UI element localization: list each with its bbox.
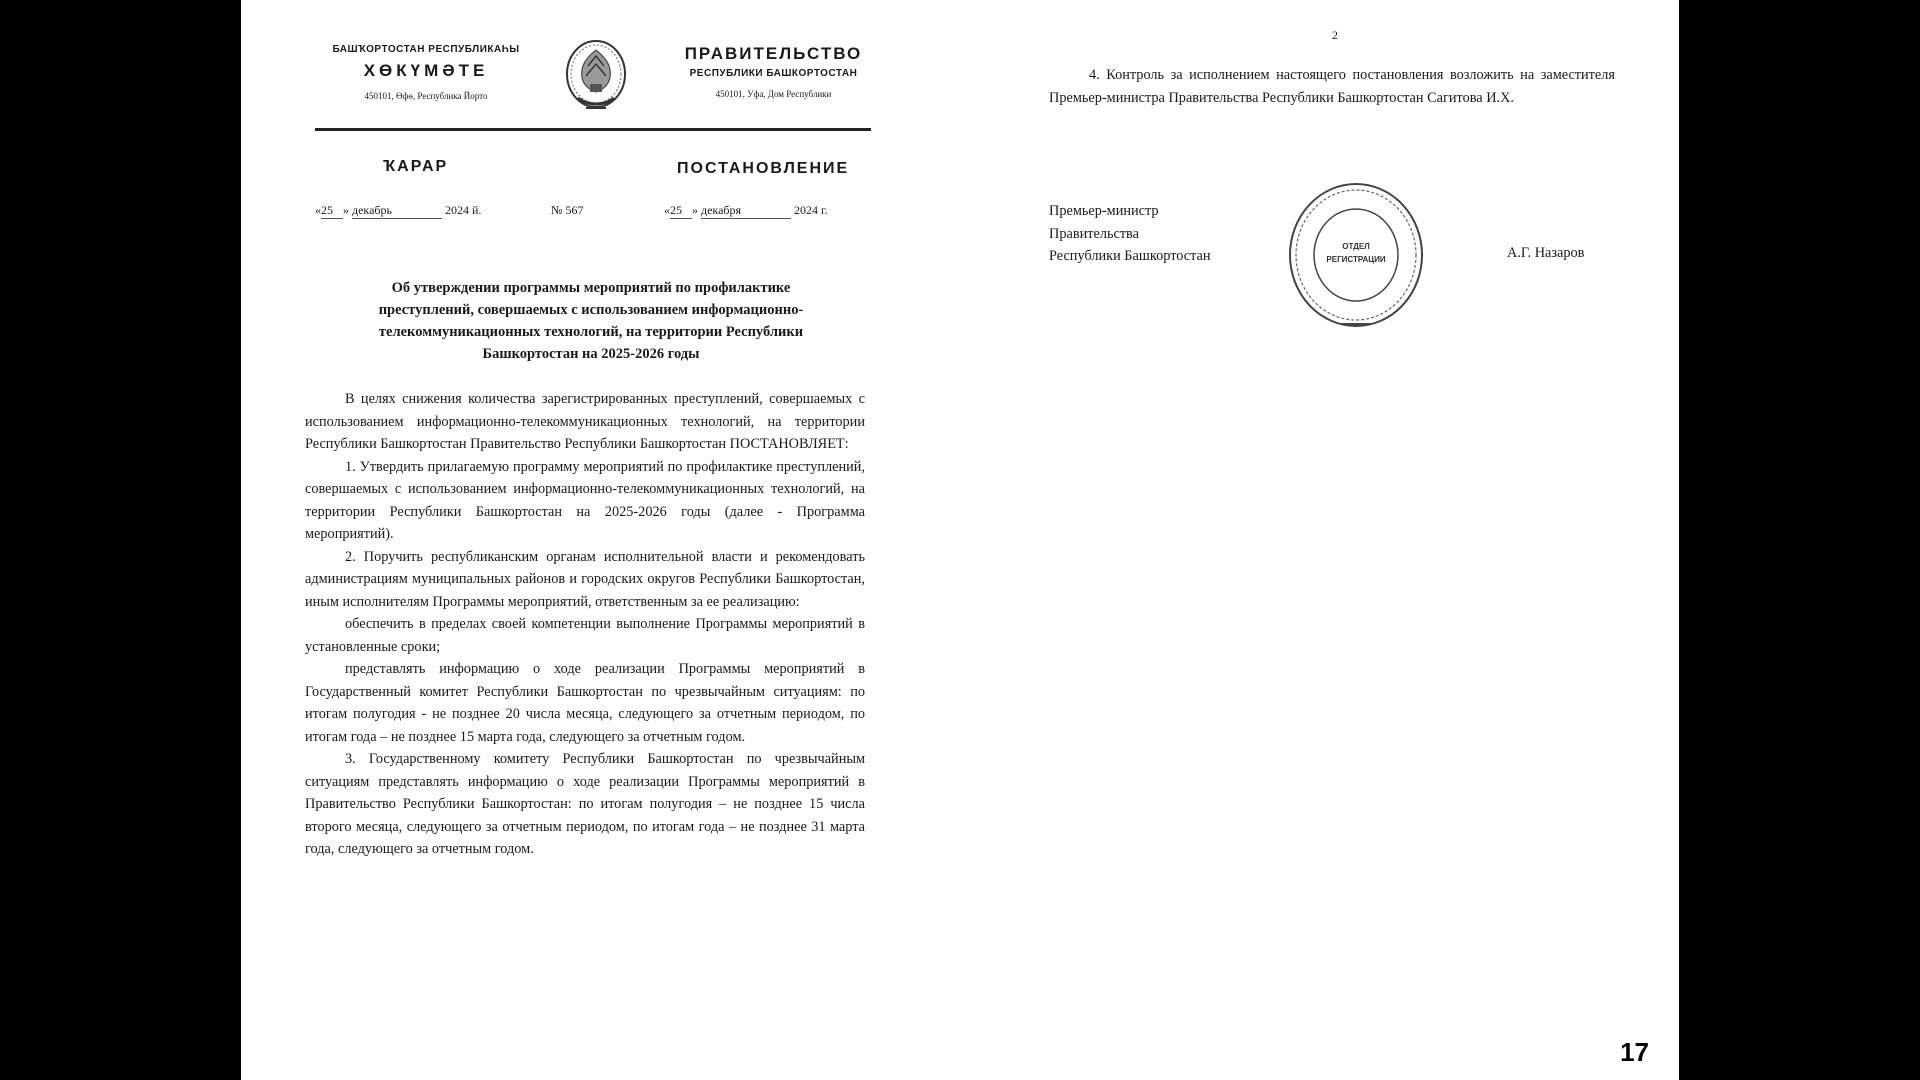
date-russian-year: 2024 г. <box>794 203 828 217</box>
page-number: 2 <box>1049 28 1621 43</box>
document-number: № 567 <box>551 203 583 218</box>
document-page-2: 2 4. Контроль за исполнением настоящего … <box>1049 0 1621 400</box>
date-russian-day: 25 <box>670 203 692 219</box>
header-bashkir-line2: ХӨКҮМӘТЕ <box>316 61 536 81</box>
registration-stamp: ОТДЕЛ РЕГИСТРАЦИИ <box>1286 180 1426 330</box>
signatory-position-line1: Премьер-министр <box>1049 200 1211 223</box>
stamp-text-line1: ОТДЕЛ <box>1286 240 1426 253</box>
header-russian-line1: ПРАВИТЕЛЬСТВО <box>656 44 891 64</box>
document-title: Об утверждении программы мероприятий по … <box>301 277 881 365</box>
paragraph-2-item-1: обеспечить в пределах своей компетенции … <box>305 613 865 658</box>
header-russian-address: 450101, Уфа, Дом Республики <box>656 89 891 99</box>
header-divider <box>315 128 871 131</box>
date-bashkir-day: 25 <box>321 203 343 219</box>
date-russian: «25» декабря 2024 г. <box>664 203 828 219</box>
date-bashkir-month: декабрь <box>352 203 442 219</box>
paragraph-2: 2. Поручить республиканским органам испо… <box>305 546 865 614</box>
header-bashkir-line1: БАШҠОРТОСТАН РЕСПУБЛИКАҺЫ <box>316 44 536 55</box>
presentation-slide: БАШҠОРТОСТАН РЕСПУБЛИКАҺЫ ХӨКҮМӘТЕ 45010… <box>241 0 1679 1080</box>
doc-type-russian: ПОСТАНОВЛЕНИЕ <box>677 160 849 178</box>
date-russian-month: декабря <box>701 203 791 219</box>
document-body: В целях снижения количества зарегистриро… <box>305 388 865 861</box>
date-bashkir-year: 2024 й. <box>445 203 481 217</box>
paragraph-3: 3. Государственному комитету Республики … <box>305 748 865 861</box>
header-russian-block: ПРАВИТЕЛЬСТВО РЕСПУБЛИКИ БАШКОРТОСТАН 45… <box>656 44 891 99</box>
paragraph-preamble: В целях снижения количества зарегистриро… <box>305 388 865 456</box>
header-bashkir-address: 450101, Өфө, Республика Йорто <box>316 91 536 101</box>
header-bashkir-block: БАШҠОРТОСТАН РЕСПУБЛИКАҺЫ ХӨКҮМӘТЕ 45010… <box>316 44 536 101</box>
signatory-position: Премьер-министр Правительства Республики… <box>1049 200 1211 268</box>
paragraph-2-item-2: представлять информацию о ходе реализаци… <box>305 658 865 748</box>
paragraph-1: 1. Утвердить прилагаемую программу мероп… <box>305 456 865 546</box>
signatory-position-line3: Республики Башкортостан <box>1049 245 1211 268</box>
paragraph-4-block: 4. Контроль за исполнением настоящего по… <box>1049 64 1615 109</box>
coat-of-arms-icon <box>560 36 632 116</box>
document-page-1: БАШҠОРТОСТАН РЕСПУБЛИКАҺЫ ХӨКҮМӘТЕ 45010… <box>301 0 881 1080</box>
doc-type-bashkir: ҠАРАР <box>383 158 448 176</box>
date-bashkir: «25» декабрь 2024 й. <box>315 203 481 219</box>
slide-number: 17 <box>1620 1037 1649 1068</box>
stamp-text-line2: РЕГИСТРАЦИИ <box>1286 253 1426 266</box>
signatory-name: А.Г. Назаров <box>1507 245 1584 262</box>
header-russian-line2: РЕСПУБЛИКИ БАШКОРТОСТАН <box>656 68 891 79</box>
signatory-position-line2: Правительства <box>1049 223 1211 246</box>
paragraph-4: 4. Контроль за исполнением настоящего по… <box>1049 64 1615 109</box>
